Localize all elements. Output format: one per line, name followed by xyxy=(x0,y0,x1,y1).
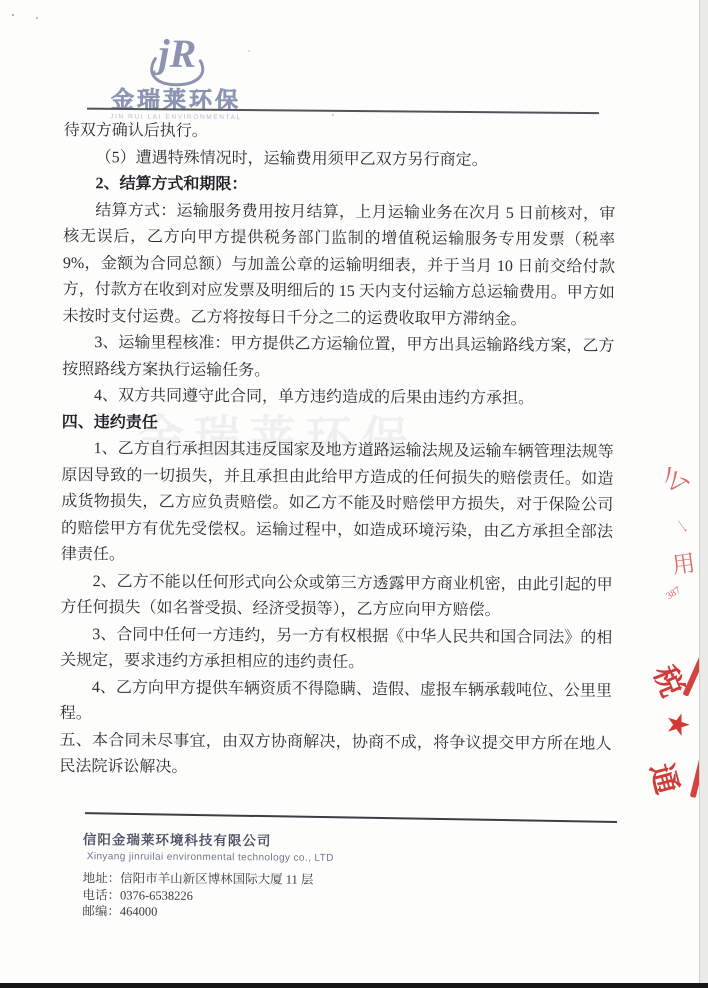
clause-settlement-method: 结算方式：运输服务费用按月结算，上月运输业务在次月 5 日前核对，审核无误后，乙… xyxy=(62,197,615,333)
company-footer: 信阳金瑞莱环境科技有限公司 Xinyang jinruilai environm… xyxy=(82,828,513,922)
clause-execute-after-confirmation: 待双方确认后执行。 xyxy=(64,118,616,148)
section-dispute-resolution: 五、本合同未尽事宜，由双方协商解决，协商不成，将争议提交甲方所在地人民法院诉讼解… xyxy=(59,727,611,784)
company-postcode: 邮编：464000 xyxy=(82,903,512,923)
footer-divider xyxy=(85,812,617,823)
logo-jr-swoosh-icon: jR xyxy=(141,31,211,89)
scan-edge-strip xyxy=(699,0,708,988)
clause-breach-4: 4、乙方向甲方提供车辆资质不得隐瞒、造假、虚报车辆承载吨位、公里里程。 xyxy=(60,674,612,731)
page-content: jR 金瑞莱环保 JIN RUI LAI ENVIRONMENTAL 金瑞莱环保… xyxy=(0,0,708,988)
scanned-contract-page: { "logo": { "monogram": "jR", "wordmark"… xyxy=(0,0,708,988)
clause-mutual-compliance: 4、双方共同遵守此合同，单方违约造成的后果由违约方承担。 xyxy=(62,383,614,413)
clause-mileage-verification: 3、运输里程核准：甲方提供乙方运输位置，甲方出具运输路线方案，乙方按照路线方案执… xyxy=(62,330,614,387)
clause-breach-2: 2、乙方不能以任何形式向公众或第三方透露甲方商业机密，由此引起的甲方任何损失（如… xyxy=(60,568,612,625)
clause-special-situation: （5）遭遇特殊情况时，运输费用须甲乙双方另行商定。 xyxy=(64,144,616,174)
clause-settlement-heading: 2、结算方式和期限： xyxy=(63,171,615,201)
section-breach-liability: 四、违约责任 xyxy=(62,409,614,439)
contract-body: 待双方确认后执行。 （5）遭遇特殊情况时，运输费用须甲乙双方另行商定。 2、结算… xyxy=(59,118,616,784)
company-name-en: Xinyang jinruilai environmental technolo… xyxy=(87,851,513,865)
scan-bottom-edge xyxy=(0,983,708,988)
clause-breach-1: 1、乙方自行承担因其违反国家及地方道路运输法规及运输车辆管理法规等原因导致的一切… xyxy=(61,436,614,572)
scan-specks xyxy=(12,14,14,16)
clause-breach-3: 3、合同中任何一方违约，另一方有权根据《中华人民共和国合同法》的相关规定，要求违… xyxy=(60,621,612,678)
logo-monogram: jR xyxy=(152,31,196,76)
company-name-cn: 信阳金瑞莱环境科技有限公司 xyxy=(83,828,513,851)
